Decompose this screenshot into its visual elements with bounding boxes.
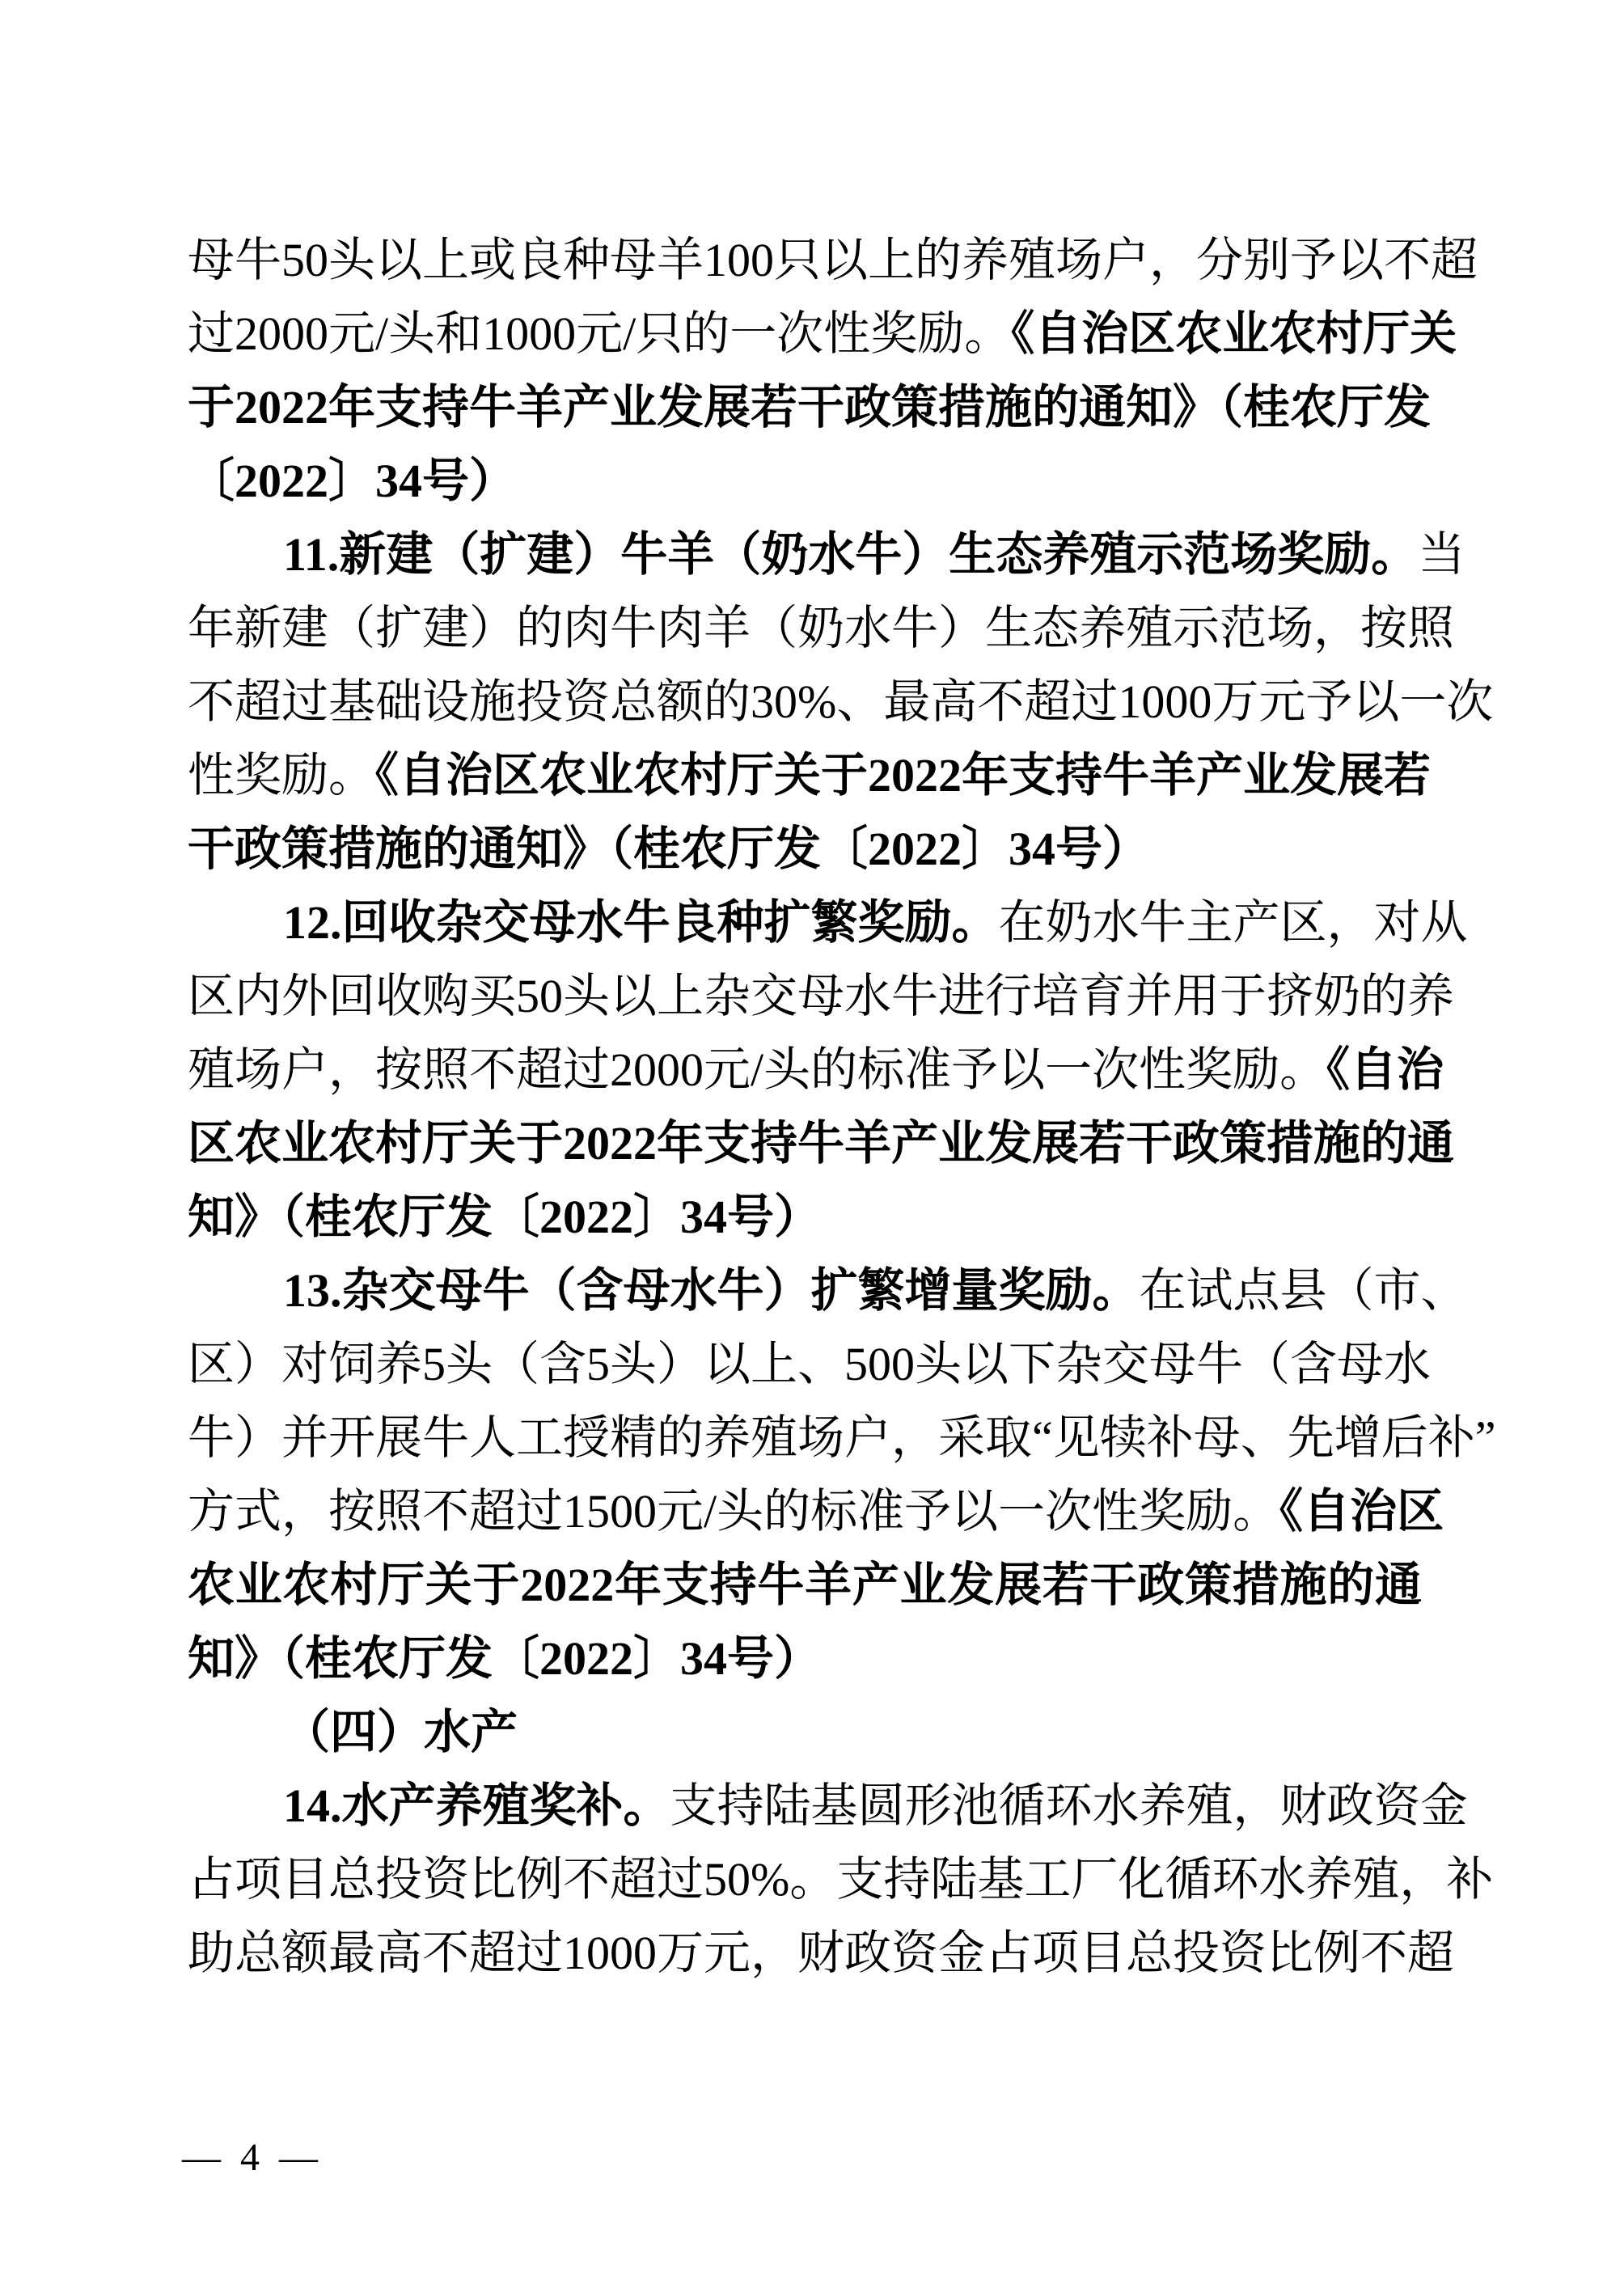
text-line: 知》（桂农厅发〔2022〕34号）	[188, 1180, 1422, 1254]
text-line: 区）对饲养5头（含5头）以上、500头以下杂交母牛（含母水	[188, 1327, 1422, 1401]
text-line: 11.新建（扩建）牛羊（奶水牛）生态养殖示范场奖励。当	[188, 518, 1422, 591]
text-run: 区）对饲养5头（含5头）以上、500头以下杂交母牛（含母水	[188, 1338, 1431, 1390]
text-line: 区内外回收购买50头以上杂交母水牛进行培育并用于挤奶的养	[188, 959, 1422, 1033]
emphasis-text-run: 农业农村厅关于2022年支持牛羊产业发展若干政策措施的通	[188, 1559, 1422, 1611]
text-line: 方式，按照不超过1500元/头的标准予以一次性奖励。《自治区	[188, 1474, 1422, 1548]
text-run: 方式，按照不超过1500元/头的标准予以一次性奖励。	[188, 1485, 1279, 1538]
text-line: 性奖励。《自治区农业农村厅关于2022年支持牛羊产业发展若	[188, 738, 1422, 812]
text-line: 不超过基础设施投资总额的30%、最高不超过1000万元予以一次	[188, 665, 1422, 738]
text-line: 年新建（扩建）的肉牛肉羊（奶水牛）生态养殖示范场，按照	[188, 591, 1422, 665]
emphasis-text-run: 12.回收杂交母水牛良种扩繁奖励。	[283, 896, 999, 949]
page-number: — 4 —	[182, 2134, 323, 2182]
text-run: 性奖励。	[188, 749, 375, 802]
text-run: 当	[1418, 528, 1465, 581]
emphasis-text-run: 14.水产养殖奖补。	[283, 1779, 670, 1832]
emphasis-text-run: 知》（桂农厅发〔2022〕34号）	[188, 1191, 821, 1243]
text-line: 助总额最高不超过1000万元，财政资金占项目总投资比例不超	[188, 1916, 1422, 1990]
text-run: 在奶水牛主产区，对从	[999, 896, 1468, 949]
text-run: 在试点县（市、	[1140, 1264, 1468, 1317]
emphasis-text-run: 干政策措施的通知》（桂农厅发〔2022〕34号）	[188, 823, 1149, 875]
text-line: 过2000元/头和1000元/只的一次性奖励。《自治区农业农村厅关	[188, 297, 1422, 370]
text-line: 殖场户，按照不超过2000元/头的标准予以一次性奖励。《自治	[188, 1033, 1422, 1106]
text-line: 于2022年支持牛羊产业发展若干政策措施的通知》（桂农厅发	[188, 370, 1422, 444]
text-line: 12.回收杂交母水牛良种扩繁奖励。在奶水牛主产区，对从	[188, 886, 1422, 959]
emphasis-text-run: 〔2022〕34号）	[188, 455, 516, 507]
text-run: 殖场户，按照不超过2000元/头的标准予以一次性奖励。	[188, 1043, 1326, 1096]
text-run: 过2000元/头和1000元/只的一次性奖励。	[188, 307, 1011, 360]
text-line: 〔2022〕34号）	[188, 444, 1422, 518]
emphasis-text-run: 《自治	[1326, 1043, 1444, 1096]
text-line: 干政策措施的通知》（桂农厅发〔2022〕34号）	[188, 812, 1422, 886]
text-line: 母牛50头以上或良种母羊100只以上的养殖场户，分别予以不超	[188, 223, 1422, 297]
text-line: 牛）并开展牛人工授精的养殖场户，采取“见犊补母、先增后补”	[188, 1401, 1422, 1474]
emphasis-text-run: 《自治区农业农村厅关于2022年支持牛羊产业发展若	[375, 749, 1431, 802]
text-line: 知》（桂农厅发〔2022〕34号）	[188, 1622, 1422, 1695]
emphasis-text-run: 11.新建（扩建）牛羊（奶水牛）生态养殖示范场奖励。	[283, 528, 1418, 581]
text-run: 助总额最高不超过1000万元，财政资金占项目总投资比例不超	[188, 1927, 1454, 1979]
text-run: 区内外回收购买50头以上杂交母水牛进行培育并用于挤奶的养	[188, 970, 1454, 1022]
text-run: 母牛50头以上或良种母羊100只以上的养殖场户，分别予以不超	[188, 234, 1478, 286]
emphasis-text-run: （四）水产	[283, 1706, 518, 1758]
document-body: 母牛50头以上或良种母羊100只以上的养殖场户，分别予以不超过2000元/头和1…	[188, 223, 1422, 1990]
emphasis-text-run: 区农业农村厅关于2022年支持牛羊产业发展若干政策措施的通	[188, 1117, 1454, 1170]
text-run: 不超过基础设施投资总额的30%、最高不超过1000万元予以一次	[188, 675, 1493, 728]
text-line: 14.水产养殖奖补。支持陆基圆形池循环水养殖，财政资金	[188, 1769, 1422, 1842]
text-line: 农业农村厅关于2022年支持牛羊产业发展若干政策措施的通	[188, 1548, 1422, 1622]
text-run: 年新建（扩建）的肉牛肉羊（奶水牛）生态养殖示范场，按照	[188, 602, 1454, 654]
text-line: （四）水产	[188, 1695, 1422, 1769]
text-line: 13.杂交母牛（含母水牛）扩繁增量奖励。在试点县（市、	[188, 1254, 1422, 1327]
text-run: 占项目总投资比例不超过50%。支持陆基工厂化循环水养殖，补	[188, 1853, 1493, 1906]
emphasis-text-run: 知》（桂农厅发〔2022〕34号）	[188, 1632, 821, 1685]
emphasis-text-run: 《自治区农业农村厅关	[1011, 307, 1457, 360]
text-run: 牛）并开展牛人工授精的养殖场户，采取“见犊补母、先增后补”	[188, 1411, 1496, 1464]
text-run: 支持陆基圆形池循环水养殖，财政资金	[670, 1779, 1468, 1832]
document-page: 母牛50头以上或良种母羊100只以上的养殖场户，分别予以不超过2000元/头和1…	[0, 0, 1624, 2293]
text-line: 占项目总投资比例不超过50%。支持陆基工厂化循环水养殖，补	[188, 1842, 1422, 1916]
emphasis-text-run: 于2022年支持牛羊产业发展若干政策措施的通知》（桂农厅发	[188, 381, 1431, 434]
text-line: 区农业农村厅关于2022年支持牛羊产业发展若干政策措施的通	[188, 1106, 1422, 1180]
emphasis-text-run: 《自治区	[1279, 1485, 1444, 1538]
emphasis-text-run: 13.杂交母牛（含母水牛）扩繁增量奖励。	[283, 1264, 1140, 1317]
